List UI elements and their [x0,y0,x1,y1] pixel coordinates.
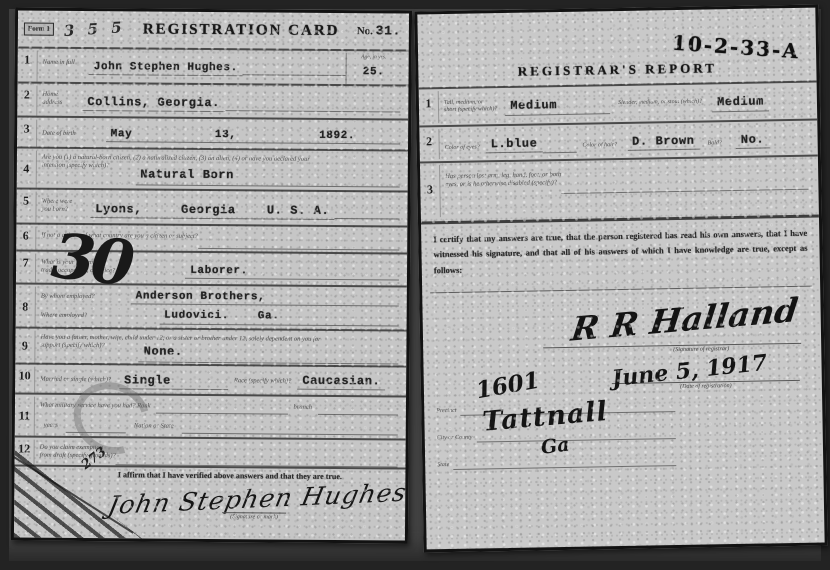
where-born-label-line2: you born? [41,206,72,214]
registration-date-block: June 5, 1917 (Date of registration) [611,356,800,391]
row-number: 6 [16,226,36,249]
rule-line [116,454,398,467]
card-number-value: 31. [376,23,401,38]
years-label: years [40,422,58,433]
height-value: Medium [505,99,562,115]
card-number: No. 31. [357,24,401,39]
rule-line [156,403,287,415]
row-number: 4 [17,150,37,187]
field-value-name: John Stephen Hughes. [89,61,243,76]
bald-label: Bald? [699,131,722,148]
signature-caption: (Signature or mark) [222,512,286,521]
hair-label: Color of hair? [576,133,617,150]
dob-day: 13, [210,129,242,143]
employer-value: Anderson Brothers, [131,290,271,305]
row-number: 7 [16,253,36,282]
registrar-signature: R R Halland [569,293,800,346]
race-label: Race (specify which)? [228,368,292,386]
row-number: 11 [15,396,35,435]
dob-month: May [106,128,138,142]
rule-line [542,141,576,153]
rule-line [188,352,399,365]
dependents-question-line2: support (specify which)? [40,342,104,363]
row-number: 5 [16,191,36,222]
field-label-home-line2: address [42,99,62,107]
rule-line [561,179,808,194]
height-label-line2: short (specify which)? [444,106,497,114]
card-title: REGISTRATION CARD [126,22,357,39]
row-number: 2 [17,85,37,115]
branch-label: branch [293,404,312,415]
registration-card-header: Form 1 3 5 5 REGISTRATION CARD No. 31. [18,10,409,49]
field-row-dependents: 9 Have you a father, mother, wife, child… [15,326,406,365]
build-label: Slender, medium, or stout (which)? [610,99,702,108]
citizenship-question-line2: intention (specify which)? [42,162,110,186]
occupation-value: Laborer. [185,265,253,280]
employed-where-value: Ludovici. Ga. [159,310,284,326]
field-value-home-address: Collins, Georgia. [82,96,225,112]
registrars-report-card: 10-2-33-A REGISTRAR'S REPORT 1 Tall, med… [414,5,827,553]
rule-line [253,268,399,280]
rule-line [198,238,399,251]
rule-line [225,100,400,112]
date-stamp: 10-2-33-A [671,31,800,64]
row-number: 9 [15,330,35,362]
county-label: City or County [437,435,477,443]
row-number: 10 [15,366,35,392]
field-row-date-of-birth: 3 Date of birth May 13, 1892. [17,115,408,149]
rule-line [137,131,210,143]
eyes-value: L.blue [486,137,543,153]
eyes-label: Color of eyes? [444,135,479,152]
field-label-dob: Date of birth [42,120,76,138]
field-row-marital-race: 10 Married or single (which)? Single Rac… [15,362,406,395]
field-row-home-address: 2 Home address Collins, Georgia. [17,81,408,118]
employed-where-label: Where employed? [41,304,88,324]
rule-line [243,64,346,76]
where-born-label-line1: Where were [42,198,73,206]
rule-line [334,208,399,220]
build-value: Medium [712,96,769,112]
rule-line [453,455,676,470]
report-row-disability: 3 Has person lost arm, leg, hand, foot, … [420,155,819,220]
precinct-label: Precinct [436,408,460,416]
hair-value: D. Brown [627,135,700,151]
handwritten-number-30: 30 [49,225,134,295]
state-handwritten-value: Ga [540,433,571,458]
dob-year: 1892. [314,130,360,144]
field-row-citizenship: 4 Are you (1) a natural-born citizen, (2… [17,146,408,190]
age-label: Age, in yrs. [347,54,401,61]
rule-line [182,423,398,436]
rule-line [562,103,610,115]
field-row-where-born: 5 Where were you born? Lyons, Georgia U.… [16,187,407,225]
certification-line1: I certify that my answers are true, that… [433,229,728,244]
race-value: Caucasian. [297,375,385,391]
field-label-home-line1: Home [42,91,62,99]
form-number-label: Form 1 [24,22,54,35]
handwritten-serial: 3 5 5 [63,18,126,40]
field-row-exemption: 12 Do you claim exemption from draft (sp… [15,435,406,467]
row-number: 2 [419,129,440,159]
row-number: 3 [420,165,441,217]
rule-line [239,175,400,187]
bald-value: No. [736,133,770,149]
rule-line [284,315,398,327]
location-block: Precinct City or County State 1601 Tattn… [424,382,823,470]
row-number: 1 [419,91,440,123]
row-number: 1 [18,50,38,81]
age-value: 25. [363,66,385,78]
registrar-certification: I certify that my answers are true, that… [421,215,820,279]
state-label: State [437,462,453,470]
age-box: Age, in yrs. 25. [346,53,401,84]
citizenship-value: Natural Born [135,169,239,187]
disability-label-line2: eyes, or is he otherwise disabled (speci… [445,179,561,189]
rule-line [241,132,314,144]
dependents-value: None. [139,346,188,363]
rule-line [318,404,398,416]
row-number: 8 [16,286,36,326]
rule-line [270,294,399,306]
field-row-name: 1 Name in full John Stephen Hughes. Age,… [18,46,409,84]
rule-line [176,379,228,390]
field-label-name: Name in full [43,51,75,67]
where-born-value: Lyons, Georgia U. S. A. [90,203,334,220]
card-number-label: No. [357,25,373,37]
registration-card: Form 1 3 5 5 REGISTRATION CARD No. 31. 1… [11,7,412,543]
scanned-document-page: Form 1 3 5 5 REGISTRATION CARD No. 31. 1… [0,0,830,570]
registrar-signature-caption: (Signature of registrar) [673,346,729,353]
row-number: 3 [17,119,37,146]
rule-line [360,133,400,144]
